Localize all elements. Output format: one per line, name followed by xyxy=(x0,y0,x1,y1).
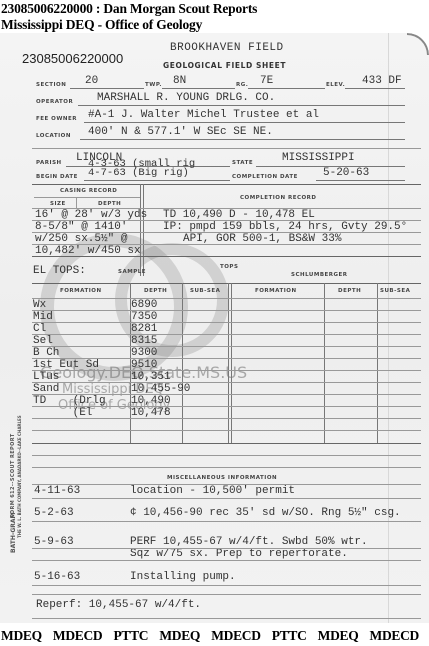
divider xyxy=(32,346,421,347)
begin-date-value-2: 4-7-63 (Big rig) xyxy=(88,167,189,179)
misc-title: MISCELLANEOUS INFORMATION xyxy=(167,475,277,481)
begin-date-label: BEGIN DATE xyxy=(36,174,78,180)
api-number: 23085006220000 xyxy=(22,51,123,66)
divider xyxy=(32,232,421,233)
misc-text: Reperf: 10,455-67 w/4/ft. xyxy=(36,599,201,611)
casing-col-size: SIZE xyxy=(50,201,66,207)
misc-date: 5-2-63 xyxy=(34,507,74,519)
elev-underline xyxy=(345,88,405,89)
fee-owner-value: #A-1 J. Walter Michel Trustee et al xyxy=(88,109,319,121)
elev-label: ELEV. xyxy=(326,82,345,88)
page-header-title: 23085006220000 : Dan Morgan Scout Report… xyxy=(1,1,257,17)
divider xyxy=(32,298,421,299)
divider xyxy=(32,244,421,245)
divider xyxy=(32,618,421,619)
divider xyxy=(32,256,421,257)
schlumberger-title: SCHLUMBERGER xyxy=(291,272,348,278)
parish-label: PARISH xyxy=(36,160,62,166)
divider xyxy=(32,394,421,395)
casing-divider xyxy=(143,184,144,276)
divider xyxy=(32,322,421,323)
col-sub-sea-schl: SUB-SEA xyxy=(380,288,410,294)
misc-date: 4-11-63 xyxy=(34,485,80,497)
divider xyxy=(32,418,421,419)
completion-date-value: 5-20-63 xyxy=(323,167,369,179)
casing-record-title: CASING RECORD xyxy=(60,188,117,194)
col-depth-schl: DEPTH xyxy=(338,288,361,294)
misc-text: ¢ 10,456-90 rec 35' sd w/SO. Rng 5½" csg… xyxy=(130,507,401,519)
field-name: BROOKHAVEN FIELD xyxy=(170,42,284,54)
divider xyxy=(32,370,421,371)
divider xyxy=(32,467,421,468)
divider xyxy=(32,283,421,284)
location-value: 400' N & 577.1' W SEc SE NE. xyxy=(88,126,273,138)
divider xyxy=(32,148,421,149)
sheet-title: GEOLOGICAL FIELD SHEET xyxy=(163,61,286,70)
operator-value: MARSHALL R. YOUNG DRLG. CO. xyxy=(97,92,275,104)
scout-report-card: Geology.DEQ.State.MS.US Mississippi DEQ … xyxy=(0,33,429,623)
divider xyxy=(32,455,421,456)
rg-value: 7E xyxy=(260,75,273,87)
twp-underline xyxy=(162,88,235,89)
divider xyxy=(32,521,421,522)
casing-col-depth: DEPTH xyxy=(98,201,121,207)
divider xyxy=(32,585,421,586)
rg-underline xyxy=(248,88,325,89)
el-tops-label: EL TOPS: xyxy=(33,265,86,277)
sample-title: SAMPLE xyxy=(118,269,146,275)
twp-value: 8N xyxy=(173,75,186,87)
col-depth: DEPTH xyxy=(144,288,167,294)
location-label: LOCATION xyxy=(36,133,71,139)
bath-gram-brand: BATH-GRAM xyxy=(10,512,17,553)
divider xyxy=(32,406,421,407)
divider xyxy=(32,310,421,311)
location-underline xyxy=(80,139,405,140)
page-header-subtitle: Mississippi DEQ - Office of Geology xyxy=(1,17,202,33)
section-value: 20 xyxy=(85,75,98,87)
operator-underline xyxy=(78,105,405,106)
divider xyxy=(34,197,140,198)
misc-text: PERF 10,455-67 w/4/ft. Swbd 50% wtr. xyxy=(130,536,368,548)
fee-owner-underline xyxy=(84,122,405,123)
begin-date-underline xyxy=(84,180,230,181)
rg-label: RG. xyxy=(236,82,248,88)
col-rule xyxy=(228,283,229,443)
misc-text: Sqz w/75 sx. Prep to reperforate. xyxy=(130,548,348,560)
fee-owner-label: FEE OWNER xyxy=(36,116,77,122)
misc-date: 5-16-63 xyxy=(34,571,80,583)
divider xyxy=(32,382,421,383)
operator-label: OPERATOR xyxy=(36,99,73,105)
divider xyxy=(32,498,421,499)
section-label: SECTION xyxy=(36,82,66,88)
divider xyxy=(32,358,421,359)
misc-text: Installing pump. xyxy=(130,571,236,583)
twp-label: TWP. xyxy=(145,82,162,88)
printer-name: THE W. L. BATH COMPANY, ANADARKO--LAKE C… xyxy=(17,415,22,538)
casing-divider xyxy=(140,184,141,276)
divider xyxy=(32,548,421,549)
misc-text: location - 10,500' permit xyxy=(130,485,295,497)
divider xyxy=(32,430,421,431)
tops-title: TOPS xyxy=(220,264,238,270)
completion-date-label: COMPLETION DATE xyxy=(232,174,298,180)
state-label: STATE xyxy=(232,160,253,166)
divider xyxy=(32,220,421,221)
completion-date-underline xyxy=(316,180,405,181)
state-value: MISSISSIPPI xyxy=(282,152,355,164)
col-sub-sea: SUB-SEA xyxy=(190,288,220,294)
col-rule xyxy=(182,283,183,443)
elev-value: 433 DF xyxy=(362,75,402,87)
col-rule xyxy=(377,283,378,443)
col-rule xyxy=(324,283,325,443)
section-underline xyxy=(70,88,144,89)
divider xyxy=(32,560,421,561)
divider xyxy=(32,184,421,185)
col-formation-schl: FORMATION xyxy=(255,288,297,294)
divider xyxy=(32,594,421,595)
completion-record-title: COMPLETION RECORD xyxy=(240,195,316,201)
col-formation: FORMATION xyxy=(60,288,102,294)
form-number: FORM 612--SCOUT REPORT xyxy=(10,433,16,518)
misc-date: 5-9-63 xyxy=(34,536,74,548)
footer-banner: MDEQ MDECD PTTC MDEQ MDECD PTTC MDEQ MDE… xyxy=(1,628,429,644)
col-rule xyxy=(231,283,232,443)
divider xyxy=(32,334,421,335)
divider xyxy=(32,443,421,444)
